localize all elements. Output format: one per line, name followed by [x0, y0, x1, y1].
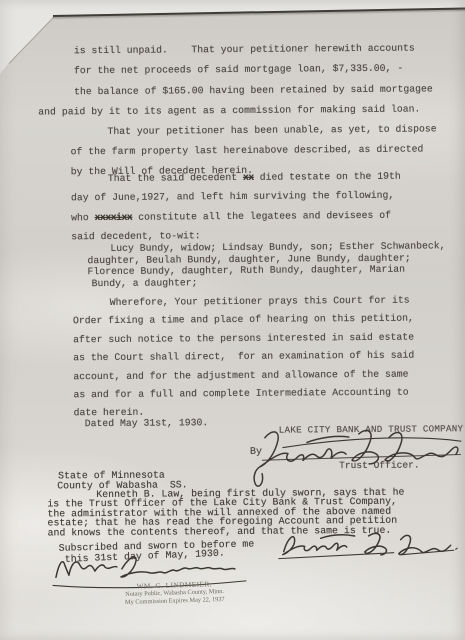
line-segment: That the said decedent: [108, 172, 243, 184]
document-line: That the said decedent xx died testate o…: [71, 167, 401, 189]
struck-out-text: xxxxixx: [95, 212, 133, 223]
notary-stamp: WM. G. LINDMEIER. Notary Public, Wabasha…: [87, 579, 263, 608]
heirs-line: Bundy, a daughter;: [92, 275, 446, 289]
signature-kenneth-b-law-trust-officer: [249, 422, 465, 494]
line-segment: died testate on the 19th: [254, 171, 401, 183]
opening-paragraph: is still unpaid. That your petitioner he…: [74, 38, 433, 122]
signature-kenneth-b-law-sworn: [276, 527, 461, 562]
prayer-paragraph: Wherefore, Your petitioner prays this Co…: [73, 292, 415, 424]
heirs-list: Lucy Bundy, widow; Lindsay Bundy, son; E…: [87, 240, 445, 289]
document-line: Order fixing a time and place of hearing…: [73, 310, 414, 331]
document-line: the balance of $165.00 having been retai…: [74, 79, 433, 102]
dated-line: Dated May 31st, 1930.: [85, 417, 209, 429]
document-line: of the farm property last hereinabove de…: [71, 140, 437, 163]
scanned-document-page: is still unpaid. That your petitioner he…: [0, 0, 465, 640]
line-segment: who: [71, 212, 95, 223]
line-segment: constitute all the legatees and devisees…: [132, 210, 391, 223]
document-line: That your petitioner has been unable, as…: [70, 119, 436, 142]
testate-paragraph: That the said decedent xx died testate o…: [71, 167, 402, 247]
document-line: who xxxxixx constitute all the legatees …: [71, 205, 401, 227]
document-line: is still unpaid. That your petitioner he…: [74, 38, 433, 61]
document-line: day of June,1927, and left him surviving…: [71, 186, 401, 208]
document-line: as the Court shall direct, for an examin…: [73, 347, 414, 368]
document-line: as and for a full and complete Intermedi…: [73, 384, 414, 405]
document-content: is still unpaid. That your petitioner he…: [0, 0, 465, 640]
struck-out-text: xx: [243, 172, 254, 183]
document-line: for the net proceeds of said mortgage lo…: [74, 59, 433, 82]
